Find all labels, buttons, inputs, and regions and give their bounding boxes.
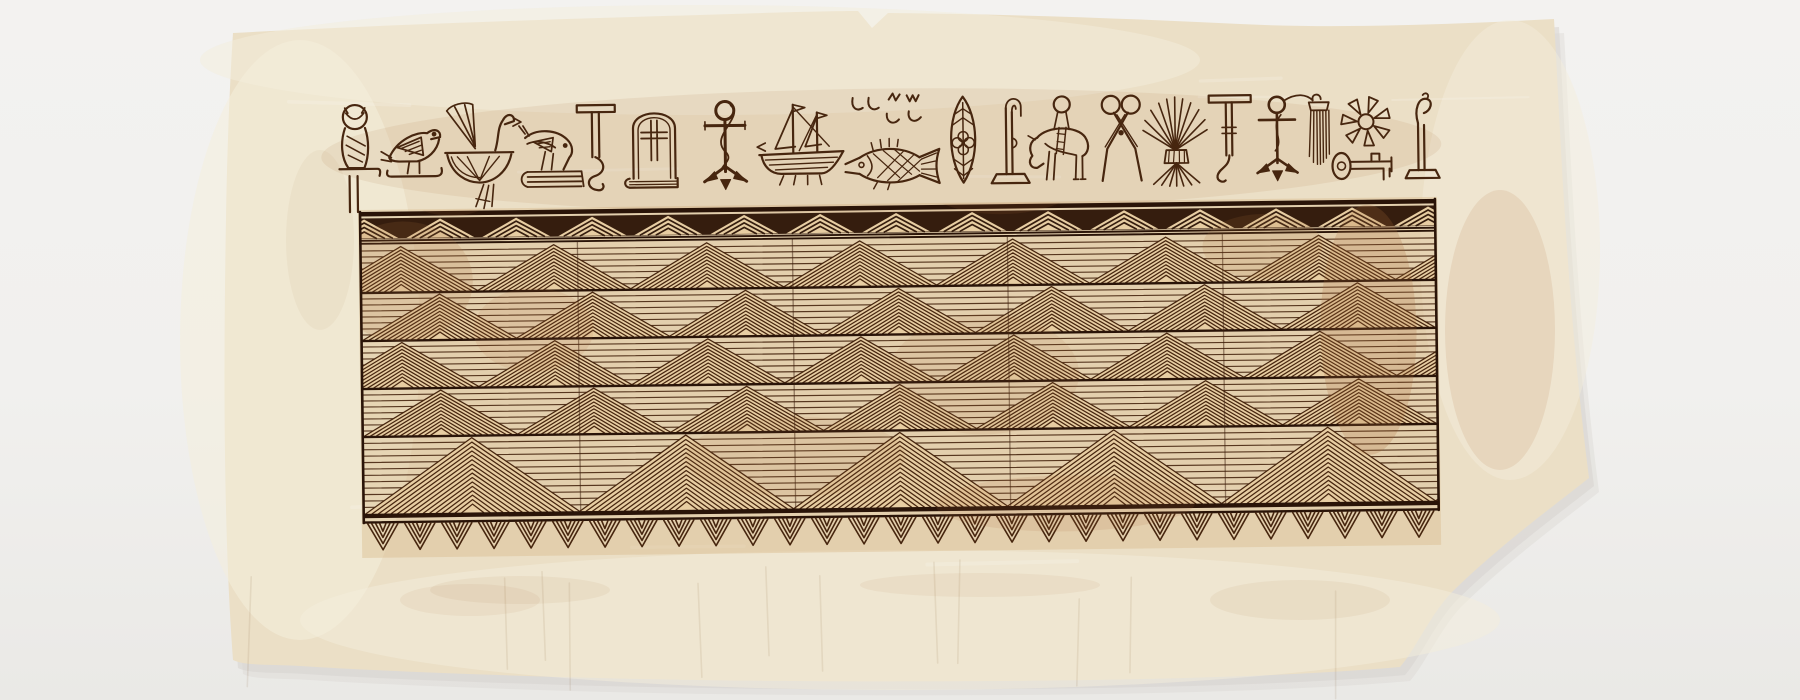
barkcloth-artifact xyxy=(0,0,1800,700)
photo-background xyxy=(0,0,1800,700)
